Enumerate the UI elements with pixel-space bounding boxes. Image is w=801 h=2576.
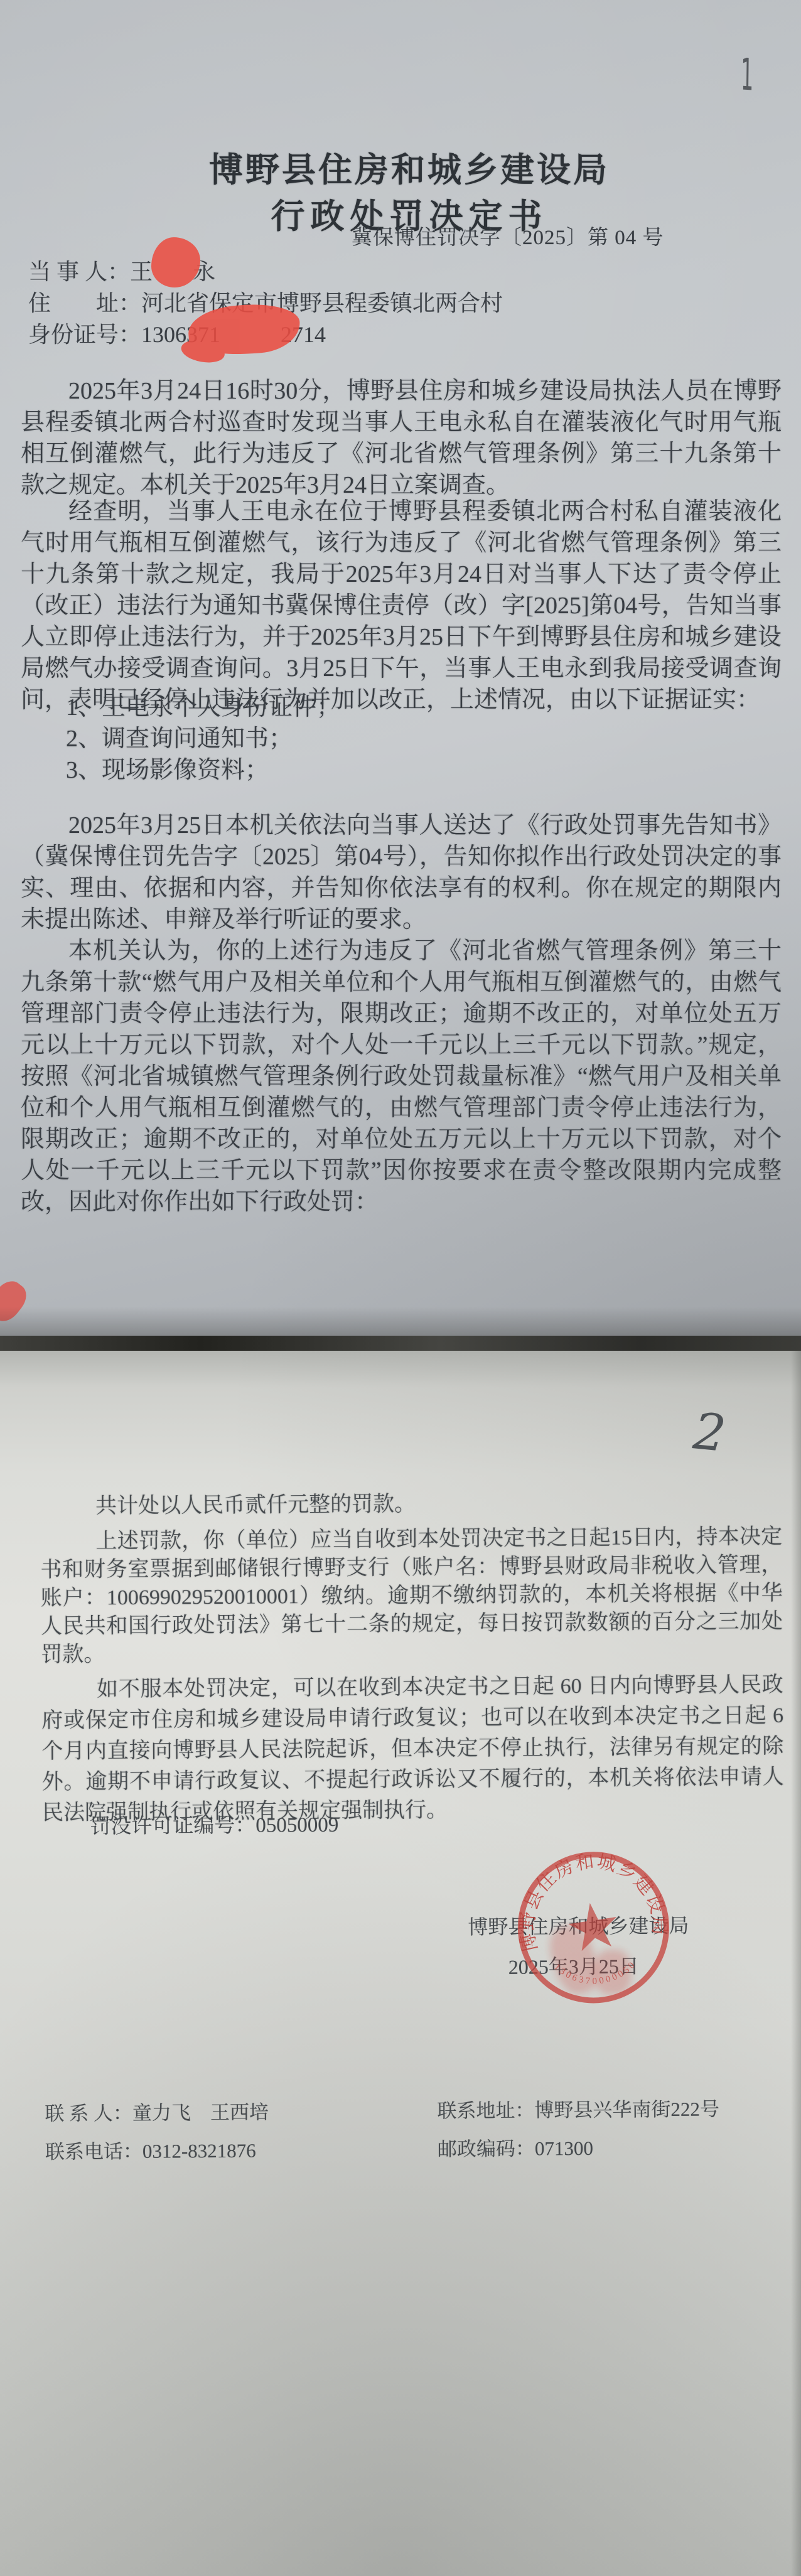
handwritten-page-number-1: 1 — [741, 52, 754, 97]
document-number: 冀保博住罚决字〔2025〕第 04 号 — [352, 221, 664, 250]
paragraph-fine-amount: 共计处以人民币贰仟元整的罚款。 — [40, 1488, 782, 1521]
contact-address-line: 联系地址：博野县兴华南街222号 — [437, 2093, 719, 2123]
paragraph-findings: 经查明，当事人王电永在位于博野县程委镇北两合村私自灌装液化气时用气瓶相互倒灌燃气… — [21, 496, 782, 716]
seal-graphic: 博野县住房和城乡建设局 ★ 1306370000050 — [502, 1835, 685, 2019]
party-label: 当 事 人： — [28, 259, 130, 284]
contact-person-line: 联 系 人：童力飞 王西培 — [45, 2096, 269, 2125]
contact-person-label: 联 系 人： — [45, 2102, 132, 2125]
page-2-content: 2 共计处以人民币贰仟元整的罚款。 上述罚款，你（单位）应当自收到本处罚决定书之… — [0, 1348, 801, 2576]
seal-ink-smudge — [594, 1950, 632, 1995]
postcode-value: 071300 — [535, 2137, 593, 2160]
evidence-item-3: 3、现场影像资料； — [66, 754, 340, 786]
address-value: 河北省保定市博野县程委镇北两合村 — [141, 291, 503, 316]
permit-number: 05050009 — [255, 1814, 338, 1837]
contact-phone-value: 0312-8321876 — [142, 2140, 256, 2162]
contact-address-label: 联系地址： — [437, 2100, 534, 2122]
id-label: 身份证号： — [28, 322, 141, 347]
paragraph-legal-basis: 本机关认为，你的上述行为违反了《河北省燃气管理条例》第三十九条第十款“燃气用户及… — [21, 935, 782, 1218]
permit-label: 罚没许可证编号： — [90, 1815, 255, 1838]
evidence-list: 1、王电永个人身份证件； 2、调查询问通知书； 3、现场影像资料； — [66, 692, 340, 786]
address-label: 住 址： — [28, 291, 141, 316]
evidence-item-2: 2、调查询问通知书； — [66, 723, 340, 754]
agency-title: 博野县住房和城乡建设局 — [18, 143, 801, 191]
evidence-item-1: 1、王电永个人身份证件； — [66, 692, 340, 723]
contact-phone-label: 联系电话： — [45, 2140, 142, 2163]
official-seal: 博野县住房和城乡建设局 ★ 1306370000050 — [502, 1835, 685, 2019]
paragraph-payment-instructions: 上述罚款，你（单位）应当自收到本处罚决定书之日起15日内，持本决定书和财务室票据… — [40, 1523, 783, 1669]
contact-phone-line: 联系电话：0312-8321876 — [45, 2135, 256, 2164]
contact-address-value: 博野县兴华南街222号 — [534, 2098, 719, 2121]
handwritten-page-number-2: 2 — [691, 1406, 728, 1459]
party-name-left: 王 — [130, 259, 153, 284]
page-2-paper: 2 共计处以人民币贰仟元整的罚款。 上述罚款，你（单位）应当自收到本处罚决定书之… — [0, 1351, 801, 2576]
red-pen-mark-corner — [0, 1275, 32, 1327]
paragraph-appeal-rights: 如不服本处罚决定，可以在收到本决定书之日起 60 日内向博野县人民政府或保定市住… — [41, 1670, 785, 1828]
postcode-line: 邮政编码：071300 — [438, 2132, 593, 2162]
document-photo: 1 博野县住房和城乡建设局 行政处罚决定书 冀保博住罚决字〔2025〕第 04 … — [0, 0, 801, 2576]
postcode-label: 邮政编码： — [438, 2138, 535, 2160]
paper-edge-shade — [791, 1351, 801, 2576]
paragraph-investigation: 2025年3月24日16时30分，博野县住房和城乡建设局执法人员在博野县程委镇北… — [21, 375, 782, 501]
paragraph-prior-notice: 2025年3月25日本机关依法向当事人送达了《行政处罚事先告知书》（冀保博住罚先… — [21, 810, 782, 935]
penalty-permit-line: 罚没许可证编号：05050009 — [90, 1808, 338, 1840]
page-1-paper: 1 博野县住房和城乡建设局 行政处罚决定书 冀保博住罚决字〔2025〕第 04 … — [0, 0, 801, 1336]
contact-person-value: 童力飞 王西培 — [132, 2101, 269, 2124]
